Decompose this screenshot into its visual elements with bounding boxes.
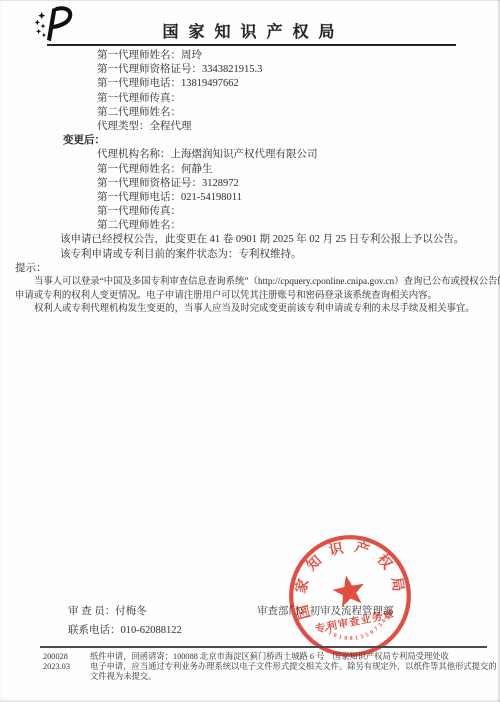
notice-paragraph-1-line-1: 当事人可以登录“中国及多国专利审查信息查询系统”（http://cpquery.… [15,276,500,290]
footer-e-filing-line: 电子申请，应当通过专利业务办理系统以电子文件形式提交相关文件。除另有规定外，以纸… [90,662,497,672]
footer-paper-filing-line: 纸件申请，回函请寄：100088 北京市海淀区蓟门桥西土城路 6 号 国家知识产… [90,652,497,662]
field-agent1-fax-after: 第一代理师传真： [97,205,500,219]
field-agent1-fax-before: 第一代理师传真： [97,92,500,106]
field-agent1-name-after: 第一代理师姓名：何静生 [97,163,500,177]
document-body: 第一代理师姓名：周玲 第一代理师资格证号：3343821915.3 第一代理师电… [0,49,500,317]
header-divider [47,44,456,46]
field-agency-name-after: 代理机构名称：上海熠润知识产权代理有限公司 [97,148,500,162]
announcement-line-2: 该专利申请或专利目前的案件状态为：专利权维持。 [60,248,500,262]
after-change-label: 变更后： [63,134,500,148]
seal-star-icon [330,572,367,608]
form-code-column: 200028 2023.03 [43,652,90,683]
page-title: 国 家 知 识 产 权 局 [0,19,500,42]
notice-paragraph-2: 权利人或专利代理机构发生变更的，当事人应当及时完成变更前该专利申请或专利的未尽手… [15,303,500,317]
notice-paragraph-1-line-2: 申请或专利的权利人变更情况。电子申请注册用户可以凭其注册账号和密码登录该系统查询… [15,290,500,304]
field-agent2-name-after: 第二代理师姓名： [97,219,500,233]
footer-e-filing-line-2: 文件视为未提交。 [90,672,497,682]
contact-phone-row: 联系电话：010-62088122 [68,622,182,637]
field-agent1-cert-before: 第一代理师资格证号：3343821915.3 [97,63,500,77]
seal-ring-text: 国家知识产权局 [283,529,409,621]
field-agent1-name-before: 第一代理师姓名：周玲 [97,49,500,63]
contact-phone-value: 010-62088122 [121,625,182,636]
examiner-name: 付梅冬 [115,606,147,617]
footer: 200028 2023.03 纸件申请，回函请寄：100088 北京市海淀区蓟门… [43,652,488,683]
examiner-row: 审 查 员：付梅冬 [68,603,147,618]
notice-label: 提示： [15,262,500,276]
field-agent1-phone-after: 第一代理师电话：021-54198011 [97,191,500,205]
field-agent1-cert-after: 第一代理师资格证号：3128972 [97,177,500,191]
footer-divider [40,646,487,648]
official-seal: 国家知识产权局 专利审查业务章 1101081350734 [272,521,428,670]
contact-phone-label: 联系电话： [68,625,121,636]
field-agent1-phone-before: 第一代理师电话：13819497662 [97,77,500,91]
examiner-label: 审 查 员： [68,606,115,617]
document-page: 国 家 知 识 产 权 局 第一代理师姓名：周玲 第一代理师资格证号：33438… [0,0,500,702]
field-agency-type-before: 代理类型：全程代理 [97,120,500,134]
announcement-line-1: 该申请已经授权公告，此变更在 41 卷 0901 期 2025 年 02 月 2… [60,233,500,247]
svg-text:国家知识产权局: 国家知识产权局 [283,529,409,621]
footer-text-column: 纸件申请，回函请寄：100088 北京市海淀区蓟门桥西土城路 6 号 国家知识产… [90,652,497,683]
form-code: 200028 [43,652,90,662]
form-revision-date: 2023.03 [43,662,90,672]
field-agent2-name-before: 第二代理师姓名： [97,106,500,120]
